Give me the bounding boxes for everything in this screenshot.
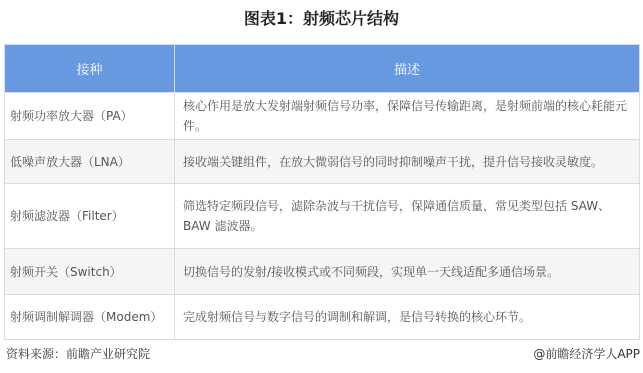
table-row: 射频开关（Switch） 切换信号的发射/接收模式或不同频段，实现单一天线适配多… (5, 249, 640, 295)
cell-description: 切换信号的发射/接收模式或不同频段，实现单一天线适配多通信场景。 (175, 249, 640, 295)
rf-chip-table: 接种 描述 射频功率放大器（PA） 核心作用是放大发射端射频信号功率，保障信号传… (4, 44, 640, 340)
cell-type: 低噪声放大器（LNA） (5, 140, 175, 184)
table-row: 低噪声放大器（LNA） 接收端关键组件，在放大微弱信号的同时抑制噪声干扰，提升信… (5, 140, 640, 184)
source-note: 资料来源：前瞻产业研究院 (6, 345, 150, 362)
cell-type: 射频开关（Switch） (5, 249, 175, 295)
cell-description: 筛选特定频段信号，滤除杂波与干扰信号，保障通信质量，常见类型包括 SAW、BAW… (175, 184, 640, 249)
table-header-row: 接种 描述 (5, 45, 640, 93)
cell-description: 核心作用是放大发射端射频信号功率，保障信号传输距离，是射频前端的核心耗能元件。 (175, 93, 640, 140)
cell-type: 射频功率放大器（PA） (5, 93, 175, 140)
table-row: 射频功率放大器（PA） 核心作用是放大发射端射频信号功率，保障信号传输距离，是射… (5, 93, 640, 140)
cell-type: 射频滤波器（Filter） (5, 184, 175, 249)
table-row: 射频滤波器（Filter） 筛选特定频段信号，滤除杂波与干扰信号，保障通信质量，… (5, 184, 640, 249)
column-header-description: 描述 (175, 45, 640, 93)
table-row: 射频调制解调器（Modem） 完成射频信号与数字信号的调制和解调，是信号转换的核… (5, 295, 640, 340)
column-header-type: 接种 (5, 45, 175, 93)
cell-description: 接收端关键组件，在放大微弱信号的同时抑制噪声干扰，提升信号接收灵敏度。 (175, 140, 640, 184)
credit-note: @前瞻经济学人APP (533, 345, 640, 362)
figure-title: 图表1：射频芯片结构 (0, 8, 643, 30)
cell-description: 完成射频信号与数字信号的调制和解调，是信号转换的核心环节。 (175, 295, 640, 340)
cell-type: 射频调制解调器（Modem） (5, 295, 175, 340)
